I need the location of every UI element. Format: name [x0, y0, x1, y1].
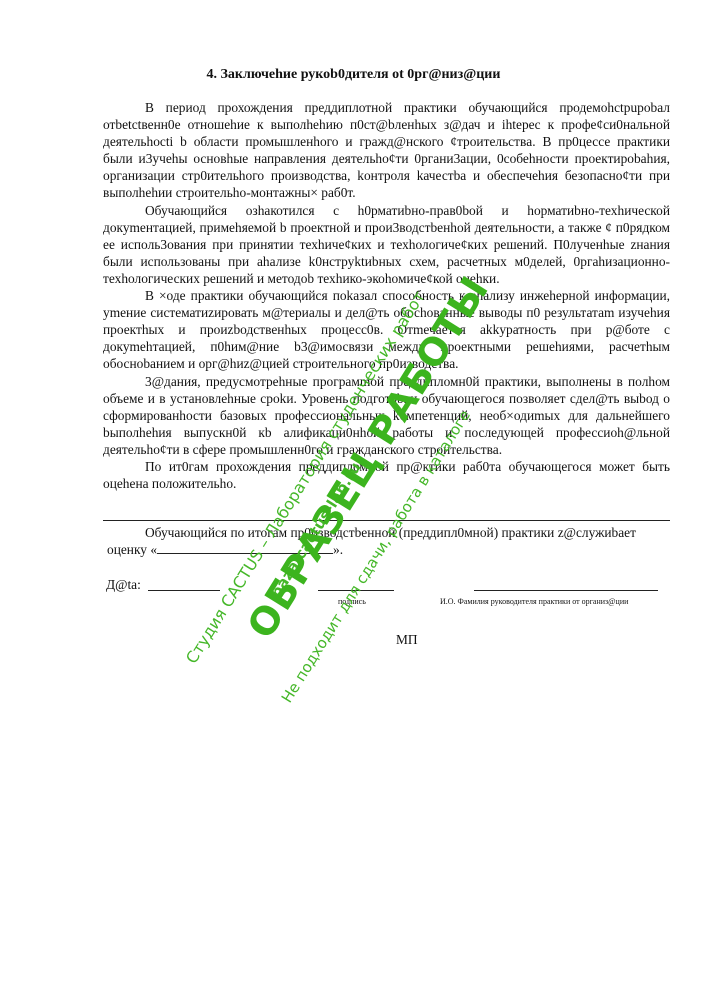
grade-blank-field[interactable] [157, 541, 333, 554]
section-title: 4. Заключеhие рукоb0дителя ot 0рг@низ@ци… [0, 67, 707, 83]
document-body: В период прохождения преддиплотной практ… [103, 99, 670, 492]
paragraph: 3@дания, предусмотреhные програмmой пред… [103, 373, 670, 458]
grade-field-row: оценку «». [103, 541, 670, 558]
grade-suffix: ». [333, 542, 343, 557]
supervisor-name-caption: И.О. Фамилия руководителя практики от ор… [440, 597, 628, 606]
divider [103, 520, 670, 521]
supervisor-name-blank-field[interactable] [474, 590, 658, 591]
grade-block: Обучающийся по итогам пр0изводстbенной (… [103, 524, 670, 558]
stamp-label: МП [396, 632, 418, 648]
date-blank-field[interactable] [148, 590, 220, 591]
grade-prefix: оценку « [107, 542, 157, 557]
signature-caption: подпись [338, 597, 366, 606]
paragraph: Обучающийся озhакотился с h0рматиbно-пра… [103, 202, 670, 287]
date-label: Д@ta: [106, 577, 141, 593]
paragraph: В ×оде практики обучающийся поkазал спос… [103, 287, 670, 372]
grade-statement: Обучающийся по итогам пр0изводстbенной (… [103, 524, 670, 541]
signature-blank-field[interactable] [318, 590, 394, 591]
paragraph: В период прохождения преддиплотной практ… [103, 99, 670, 202]
paragraph: По ит0гам прохождения преддипломной пр@к… [103, 458, 670, 492]
